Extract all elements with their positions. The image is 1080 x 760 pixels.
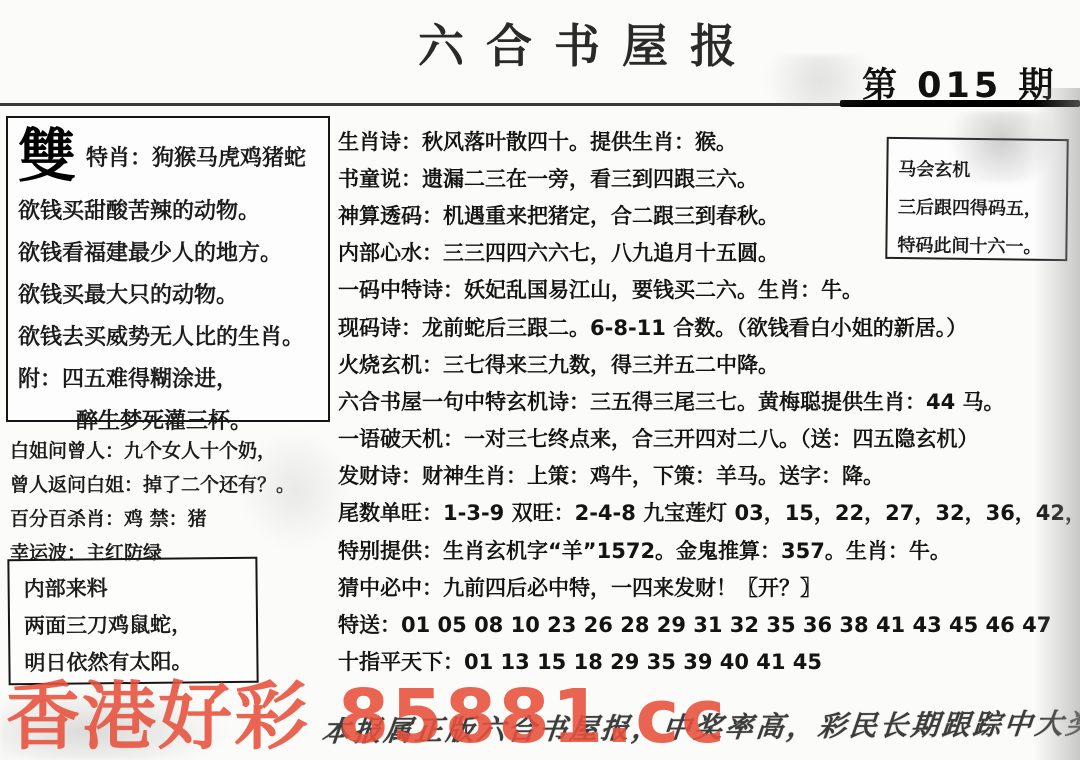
- money-verse-line: 欲钱看福建最少人的地方。: [18, 230, 320, 272]
- insider-info-line: 内部来料: [23, 567, 255, 606]
- current-code-poem-line: 现码诗：龙前蛇后三跟二。6-8-11 合数。（欲钱看白小姐的新居。）: [338, 308, 1080, 345]
- money-verse-line: 欲钱买甜酸苦辣的动物。: [18, 188, 320, 230]
- jockey-club-mystery-line: 三后跟四得码五，: [898, 187, 1066, 227]
- special-send-numbers-line: 特送：01 05 08 10 23 26 28 29 31 32 35 36 3…: [338, 605, 1080, 642]
- special-zodiac-headline-row: 雙 特肖：狗猴马虎鸡猪蛇: [18, 124, 320, 188]
- special-offer-line: 特别提供：生肖玄机字“羊”1572。金鬼推算：357。生肖：牛。: [338, 531, 1080, 568]
- money-verse-line: 欲钱买最大只的动物。: [18, 272, 320, 314]
- special-zodiac-headline: 特肖：狗猴马虎鸡猪蛇: [86, 141, 306, 172]
- fortune-poem-line: 发财诗：财神生肖：上策：鸡牛，下策：羊马。送字：降。: [338, 457, 1080, 494]
- scanned-lottery-sheet: 六合书屋报 第 015 期 雙 特肖：狗猴马虎鸡猪蛇 欲钱买甜酸苦辣的动物。 欲…: [0, 0, 1080, 760]
- insider-info-line: 两面三刀鸡鼠蛇，: [24, 604, 256, 643]
- fire-mystery-line: 火烧玄机：三七得来三九数，得三并五二中降。: [338, 345, 1080, 382]
- jockey-club-mystery-line: 特码此间十六一。: [897, 225, 1065, 265]
- page-title: 六合书屋报: [418, 10, 758, 76]
- double-character: 雙: [18, 126, 76, 186]
- special-zodiac-box: 雙 特肖：狗猴马虎鸡猪蛇 欲钱买甜酸苦辣的动物。 欲钱看福建最少人的地方。 欲钱…: [6, 116, 330, 422]
- header-divider-dark-segment: [840, 100, 1080, 107]
- one-code-poem-line: 一码中特诗：妖妃乱国易江山，要钱买二六。生肖：牛。: [338, 271, 1080, 308]
- qa-section: 白姐问曾人：九个女人十个奶， 曾人返问白姐：掉了二个还有？。 百分百杀肖：鸡 禁…: [10, 432, 340, 568]
- jockey-club-mystery-line: 马会玄机: [898, 149, 1066, 189]
- qa-line: 曾人返问白姐：掉了二个还有？。: [10, 466, 340, 500]
- one-sentence-mystery-line: 六合书屋一句中特玄机诗：三五得三尾三七。黄梅聪提供生肖：44 马。: [338, 382, 1080, 419]
- kill-zodiac-line: 百分百杀肖：鸡 禁：猪: [10, 500, 340, 534]
- tail-number-line: 尾数单旺：1-3-9 双旺：2-4-8 九宝莲灯 03，15，22，27，32，…: [338, 494, 1080, 531]
- guess-hit-line: 猜中必中：九前四后必中特，一四来发财！〖开？〗: [338, 568, 1080, 605]
- appendix-verse-line: 附：四五难得糊涂进，: [18, 356, 320, 398]
- secret-break-line: 一语破天机：一对三七终点来，合三开四对二八。（送：四五隐玄机）: [338, 420, 1080, 457]
- qa-line: 白姐问曾人：九个女人十个奶，: [10, 432, 340, 466]
- jockey-club-mystery-box: 马会玄机 三后跟四得码五， 特码此间十六一。: [885, 137, 1068, 261]
- site-watermark: 香港好彩 85881.cc: [6, 658, 727, 760]
- money-verse-line: 欲钱去买威势无人比的生肖。: [18, 314, 320, 356]
